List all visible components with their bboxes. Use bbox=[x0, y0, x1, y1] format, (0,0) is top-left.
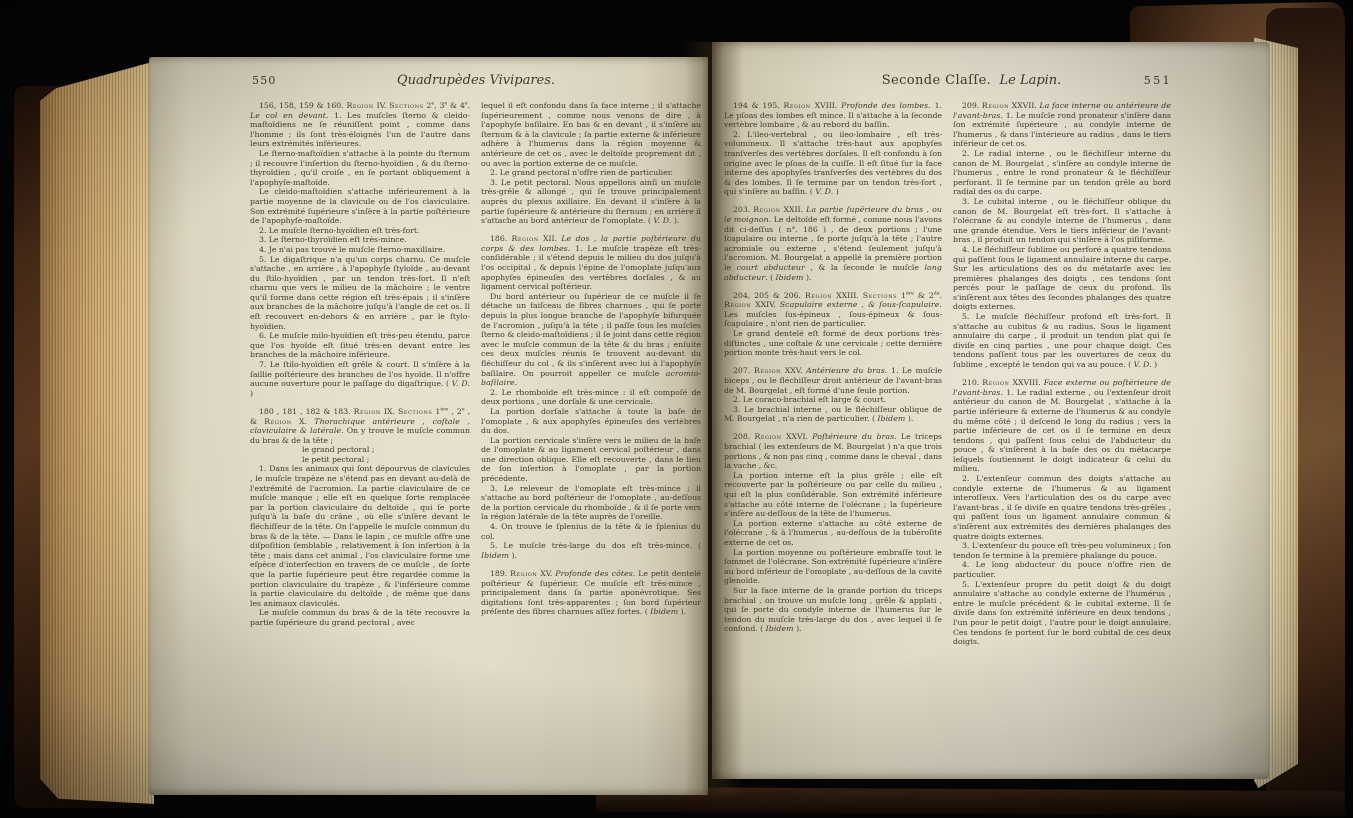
running-title: Seconde Claſſe. Le Lapin. bbox=[724, 73, 1173, 88]
paragraph: 4. Le long abducteur du pouce n'offre ri… bbox=[953, 560, 1171, 579]
running-title-species: Le Lapin. bbox=[999, 73, 1061, 88]
paragraph: 7. Le ſtilo-hyoïdien eſt grêle & court. … bbox=[250, 360, 470, 398]
paragraph: 2. L'extenſeur commun des doigts s'attac… bbox=[953, 474, 1171, 541]
paragraph: 2. Le muſcle ſterno-hyoïdien eſt très-fo… bbox=[250, 226, 470, 236]
right-page-header: Seconde Claſſe. Le Lapin. 551 bbox=[724, 73, 1173, 92]
paragraph: Le muſcle commun du bras & de la tête re… bbox=[250, 608, 470, 627]
running-title: Quadrupèdes Vivipares. bbox=[250, 73, 702, 88]
paragraph: 2. Le radial interne , ou le fléchiſſeur… bbox=[953, 149, 1171, 197]
paragraph: le grand pectoral ; bbox=[250, 445, 470, 455]
paragraph: Le ſterno-maſtoïdien s'attache à la poin… bbox=[250, 149, 470, 187]
paragraph: 5. Le muſcle très-large du dos eſt très-… bbox=[481, 541, 701, 560]
bottom-cover-edge bbox=[596, 787, 1345, 817]
left-page: 550 Quadrupèdes Vivipares. 156, 158, 159… bbox=[149, 57, 708, 795]
paragraph: 2. Le coraco-brachial eſt large & court. bbox=[724, 395, 942, 405]
paragraph: 2. Le rhomboïde eſt très-mince : il eſt … bbox=[481, 388, 701, 407]
page-number: 551 bbox=[1144, 74, 1172, 87]
paragraph: La portion cervicale s'inſère vers le mi… bbox=[481, 436, 701, 484]
paragraph: 5. L'extenſeur propre du petit doigt & d… bbox=[953, 580, 1171, 647]
text-column: 209. Région XXVII. La face interne ou an… bbox=[953, 101, 1171, 753]
paragraph: lequel il eſt confondu dans ſa face inte… bbox=[481, 101, 701, 168]
paragraph: 194 & 195. Région XVIII. Profonde des lo… bbox=[724, 101, 942, 130]
paragraph: 3. Le brachial interne , ou le fléchiſſe… bbox=[724, 405, 942, 424]
paragraph: Le grand dentelé eſt formé de deux porti… bbox=[724, 329, 942, 358]
paragraph: 2. Le grand pectoral n'offre rien de par… bbox=[481, 168, 701, 178]
paragraph: 210. Région XXVIII. Face externe ou poſt… bbox=[953, 378, 1171, 474]
paragraph: 2. L'ileo-vertebral , ou ileo-lombaire ,… bbox=[724, 130, 942, 197]
text-column: 194 & 195. Région XVIII. Profonde des lo… bbox=[724, 101, 942, 753]
paragraph: 3. L'extenſeur du pouce eſt très-peu vol… bbox=[953, 541, 1171, 560]
paragraph: 6. Le muſcle milo-hyoïdien eſt très-peu … bbox=[250, 331, 470, 360]
left-page-header: 550 Quadrupèdes Vivipares. bbox=[250, 73, 702, 92]
paragraph: le petit pectoral ; bbox=[250, 455, 470, 465]
paragraph: Le cleido-maſtoïdien s'attache inférieur… bbox=[250, 187, 470, 225]
paragraph: 4. Le fléchiſſeur ſublime ou perforé a q… bbox=[953, 245, 1171, 312]
paragraph: 3. Le ſterno-thyroïdien eſt très-mince. bbox=[250, 235, 470, 245]
fore-edge-left-page-block bbox=[40, 60, 154, 804]
paragraph: 208. Région XXVI. Poſtérieure du bras. L… bbox=[724, 432, 942, 470]
paragraph: 186. Région XII. Le dos , la partie poſt… bbox=[481, 234, 701, 292]
paragraph: 3. Le releveur de l'omoplate eſt très-mi… bbox=[481, 484, 701, 522]
paragraph: 3. Le petit pectoral. Nous appellons ain… bbox=[481, 178, 701, 226]
paragraph: 1. Dans les animaux qui ſont dépourvus d… bbox=[250, 464, 470, 608]
paragraph: 207. Région XXV. Antérieure du bras. 1. … bbox=[724, 366, 942, 395]
right-page-text-block: Seconde Claſſe. Le Lapin. 551 194 & 195.… bbox=[724, 73, 1173, 753]
paragraph: 204, 205 & 206. Région XXIII. Sections 1… bbox=[724, 291, 942, 329]
paragraph: Du bord antérieur ou ſupérieur de ce muſ… bbox=[481, 292, 701, 388]
text-column: 156, 158, 159 & 160. Région IV. Sections… bbox=[250, 101, 470, 753]
paragraph: La portion interne eſt la plus grêle ; e… bbox=[724, 471, 942, 519]
paragraph: 203. Région XXII. La partie ſupérieure d… bbox=[724, 205, 942, 282]
paragraph: 4. Je n'ai pas trouvé le muſcle ſterno-m… bbox=[250, 245, 470, 255]
paragraph: La portion dorſale s'attache à toute la … bbox=[481, 407, 701, 436]
left-page-columns: 156, 158, 159 & 160. Région IV. Sections… bbox=[250, 101, 702, 753]
right-page-columns: 194 & 195. Région XVIII. Profonde des lo… bbox=[724, 101, 1173, 753]
paragraph: 5. Le digaſtrique n'a qu'un corps charnu… bbox=[250, 255, 470, 332]
paragraph: 4. On trouve le ſplenius de la tête & le… bbox=[481, 522, 701, 541]
paragraph: 189. Région XV. Profonde des côtes. Le p… bbox=[481, 569, 701, 617]
paragraph: 180 , 181 , 182 & 183. Région IX. Sectio… bbox=[250, 407, 470, 445]
paragraph: 209. Région XXVII. La face interne ou an… bbox=[953, 101, 1171, 149]
paragraph: Sur la face interne de la grande portion… bbox=[724, 586, 942, 634]
text-column: lequel il eſt confondu dans ſa face inte… bbox=[481, 101, 701, 753]
left-page-text-block: 550 Quadrupèdes Vivipares. 156, 158, 159… bbox=[250, 73, 702, 753]
running-title-class: Seconde Claſſe. bbox=[882, 73, 992, 88]
paragraph: 3. Le cubital interne , ou le fléchiſſeu… bbox=[953, 197, 1171, 245]
paragraph: 156, 158, 159 & 160. Région IV. Sections… bbox=[250, 101, 470, 149]
paragraph: La portion moyenne ou poſtérieure embraſ… bbox=[724, 548, 942, 586]
paragraph: 5. Le muſcle fléchiſſeur profond eſt trè… bbox=[953, 312, 1171, 370]
right-page: Seconde Claſſe. Le Lapin. 551 194 & 195.… bbox=[712, 42, 1269, 779]
book-photo: 550 Quadrupèdes Vivipares. 156, 158, 159… bbox=[0, 0, 1353, 818]
paragraph: La portion externe s'attache au côté ext… bbox=[724, 519, 942, 548]
